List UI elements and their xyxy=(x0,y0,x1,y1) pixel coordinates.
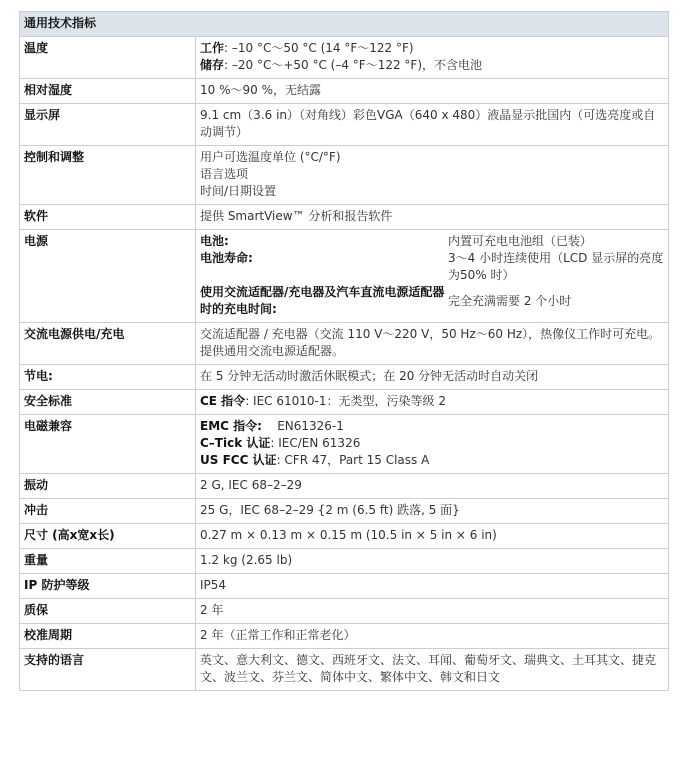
row-key: 校准周期 xyxy=(20,624,196,649)
table-row-controls: 控制和调整 用户可选温度单位 (°C/°F) 语言选项 时间/日期设置 xyxy=(20,146,669,205)
row-key: 控制和调整 xyxy=(20,146,196,205)
power-battery: 电池: 内置可充电电池组（已装） xyxy=(200,233,664,250)
list-item: 语言选项 xyxy=(200,166,664,183)
row-key: 节电: xyxy=(20,365,196,390)
row-value: 1.2 kg (2.65 lb) xyxy=(196,549,669,574)
row-key: 重量 xyxy=(20,549,196,574)
sub-text: 内置可充电电池组（已装） xyxy=(448,233,664,250)
row-key: 质保 xyxy=(20,599,196,624)
table-row-temperature: 温度 工作: –10 °C～50 °C (14 °F～122 °F) 储存: –… xyxy=(20,37,669,79)
row-key: 尺寸 (高x宽x长) xyxy=(20,524,196,549)
row-key: 交流电源供电/充电 xyxy=(20,323,196,365)
sub-text: 3～4 小时连续使用（LCD 显示屏的亮度为50% 时） xyxy=(448,250,664,284)
row-key: 支持的语言 xyxy=(20,649,196,691)
table-row-safety: 安全标准 CE 指令: IEC 61010-1：无类型，污染等级 2 xyxy=(20,390,669,415)
row-value: 0.27 m × 0.13 m × 0.15 m (10.5 in × 5 in… xyxy=(196,524,669,549)
table-row-calibration: 校准周期 2 年（正常工作和正常老化） xyxy=(20,624,669,649)
row-value: 2 年（正常工作和正常老化） xyxy=(196,624,669,649)
table-row-ip-rating: IP 防护等级 IP54 xyxy=(20,574,669,599)
row-value: 交流适配器 / 充电器（交流 110 V～220 V，50 Hz～60 Hz），… xyxy=(196,323,669,365)
row-key: 相对湿度 xyxy=(20,79,196,104)
table-row-ac-power: 交流电源供电/充电 交流适配器 / 充电器（交流 110 V～220 V，50 … xyxy=(20,323,669,365)
sub-text: : –10 °C～50 °C (14 °F～122 °F) xyxy=(224,41,414,55)
sub-label: 电池: xyxy=(200,233,448,250)
row-key: 安全标准 xyxy=(20,390,196,415)
list-item: 时间/日期设置 xyxy=(200,183,664,200)
row-key: 温度 xyxy=(20,37,196,79)
table-row-display: 显示屏 9.1 cm（3.6 in）（对角线）彩色VGA（640 x 480）液… xyxy=(20,104,669,146)
spec-table: 通用技术指标 温度 工作: –10 °C～50 °C (14 °F～122 °F… xyxy=(19,11,669,691)
sub-text: 完全充满需要 2 个小时 xyxy=(448,293,664,310)
table-row-power: 电源 电池: 内置可充电电池组（已装） 电池寿命: 3～4 小时连续使用（LCD… xyxy=(20,230,669,323)
sub-text: EN61326-1 xyxy=(262,419,344,433)
row-key: 冲击 xyxy=(20,499,196,524)
list-item: 用户可选温度单位 (°C/°F) xyxy=(200,149,664,166)
row-value: 用户可选温度单位 (°C/°F) 语言选项 时间/日期设置 xyxy=(196,146,669,205)
table-row-shock: 冲击 25 G，IEC 68–2–29 {2 m (6.5 ft) 跌落, 5 … xyxy=(20,499,669,524)
sub-text: : CFR 47，Part 15 Class A xyxy=(277,453,430,467)
sub-text: : IEC 61010-1：无类型，污染等级 2 xyxy=(245,394,446,408)
sub-label: EMC 指令: xyxy=(200,419,262,433)
sub-label: 电池寿命: xyxy=(200,250,448,284)
sub-label: 工作 xyxy=(200,41,224,55)
row-value: EMC 指令: EN61326-1 C–Tick 认证: IEC/EN 6132… xyxy=(196,415,669,474)
row-key: 显示屏 xyxy=(20,104,196,146)
power-battery-life: 电池寿命: 3～4 小时连续使用（LCD 显示屏的亮度为50% 时） xyxy=(200,250,664,284)
table-row-weight: 重量 1.2 kg (2.65 lb) xyxy=(20,549,669,574)
row-value: 电池: 内置可充电电池组（已装） 电池寿命: 3～4 小时连续使用（LCD 显示… xyxy=(196,230,669,323)
table-row-warranty: 质保 2 年 xyxy=(20,599,669,624)
row-key: 电磁兼容 xyxy=(20,415,196,474)
sub-label: C–Tick 认证 xyxy=(200,436,270,450)
row-value: 2 年 xyxy=(196,599,669,624)
row-value: 工作: –10 °C～50 °C (14 °F～122 °F) 储存: –20 … xyxy=(196,37,669,79)
table-row-emc: 电磁兼容 EMC 指令: EN61326-1 C–Tick 认证: IEC/EN… xyxy=(20,415,669,474)
table-row-humidity: 相对湿度 10 %～90 %，无结露 xyxy=(20,79,669,104)
sub-text: : –20 °C～+50 °C (–4 °F～122 °F)，不含电池 xyxy=(224,58,482,72)
table-row-dimensions: 尺寸 (高x宽x长) 0.27 m × 0.13 m × 0.15 m (10.… xyxy=(20,524,669,549)
table-title: 通用技术指标 xyxy=(20,12,669,37)
row-key: 振动 xyxy=(20,474,196,499)
power-charge-time: 使用交流适配器/充电器及汽车直流电源适配器时的充电时间: 完全充满需要 2 个小… xyxy=(200,284,664,318)
row-value: 提供 SmartView™ 分析和报告软件 xyxy=(196,205,669,230)
sub-label: 储存 xyxy=(200,58,224,72)
row-key: 软件 xyxy=(20,205,196,230)
sub-text: : IEC/EN 61326 xyxy=(270,436,360,450)
row-value: 英文、意大利文、德文、西班牙文、法文、耳闻、葡萄牙文、瑞典文、土耳其文、捷克文、… xyxy=(196,649,669,691)
row-value: CE 指令: IEC 61010-1：无类型，污染等级 2 xyxy=(196,390,669,415)
table-row-vibration: 振动 2 G, IEC 68–2–29 xyxy=(20,474,669,499)
row-value: 9.1 cm（3.6 in）（对角线）彩色VGA（640 x 480）液晶显示批… xyxy=(196,104,669,146)
sub-label: CE 指令 xyxy=(200,394,245,408)
table-row-software: 软件 提供 SmartView™ 分析和报告软件 xyxy=(20,205,669,230)
row-key: 电源 xyxy=(20,230,196,323)
sub-label: US FCC 认证 xyxy=(200,453,277,467)
row-key: IP 防护等级 xyxy=(20,574,196,599)
table-row-languages: 支持的语言 英文、意大利文、德文、西班牙文、法文、耳闻、葡萄牙文、瑞典文、土耳其… xyxy=(20,649,669,691)
table-row-power-saving: 节电: 在 5 分钟无活动时激活休眠模式；在 20 分钟无活动时自动关闭 xyxy=(20,365,669,390)
row-value: IP54 xyxy=(196,574,669,599)
sub-label: 使用交流适配器/充电器及汽车直流电源适配器时的充电时间: xyxy=(200,284,448,318)
row-value: 25 G，IEC 68–2–29 {2 m (6.5 ft) 跌落, 5 面} xyxy=(196,499,669,524)
row-value: 2 G, IEC 68–2–29 xyxy=(196,474,669,499)
table-header-row: 通用技术指标 xyxy=(20,12,669,37)
row-value: 10 %～90 %，无结露 xyxy=(196,79,669,104)
row-value: 在 5 分钟无活动时激活休眠模式；在 20 分钟无活动时自动关闭 xyxy=(196,365,669,390)
